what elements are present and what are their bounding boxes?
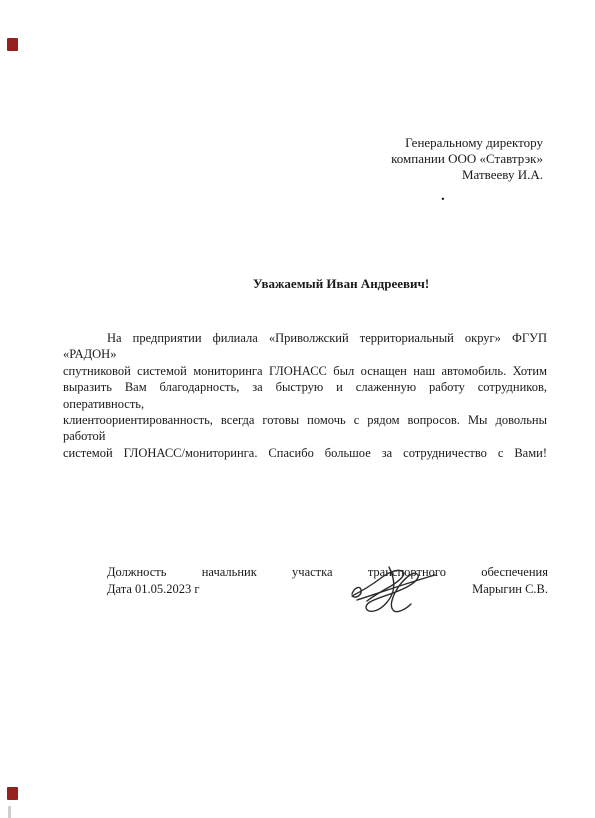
position-line: Должность начальник участка транспортног… <box>107 564 548 580</box>
body-line: клиентоориентированность, всегда готовы … <box>63 412 547 445</box>
recipient-line-title: Генеральному директору <box>391 135 543 151</box>
body-line: спутниковой системой мониторинга ГЛОНАСС… <box>63 363 547 379</box>
letter-body: На предприятии филиала «Приволжский терр… <box>63 330 547 461</box>
body-line: выразить Вам благодарность, за быструю и… <box>63 379 547 412</box>
signature-scribble <box>347 564 445 618</box>
position-word: участка <box>292 564 333 580</box>
letter-page: Генеральному директору компании ООО «Ста… <box>0 0 595 818</box>
recipient-line-name: Матвееву И.А. <box>391 167 543 183</box>
position-word: начальник <box>202 564 257 580</box>
recipient-block: Генеральному директору компании ООО «Ста… <box>391 135 543 183</box>
date-value: Дата 01.05.2023 г <box>107 581 200 597</box>
salutation: Уважаемый Иван Андреевич! <box>253 276 429 292</box>
signature-block: Должность начальник участка транспортног… <box>107 564 548 597</box>
position-word: Должность <box>107 564 166 580</box>
body-line: На предприятии филиала «Приволжский терр… <box>63 330 547 363</box>
body-line: системой ГЛОНАСС/мониторинга. Спасибо бо… <box>63 445 547 461</box>
red-stamp-mark-top <box>7 38 18 51</box>
signer-name: Марыгин С.В. <box>472 581 548 597</box>
position-word: обеспечения <box>481 564 548 580</box>
recipient-line-company: компании ООО «Ставтрэк» <box>391 151 543 167</box>
scan-streak <box>8 806 11 818</box>
date-line: Дата 01.05.2023 г Марыгин С.В. <box>107 581 548 597</box>
red-stamp-mark-bottom <box>7 787 18 800</box>
stray-dot: . <box>441 190 445 203</box>
